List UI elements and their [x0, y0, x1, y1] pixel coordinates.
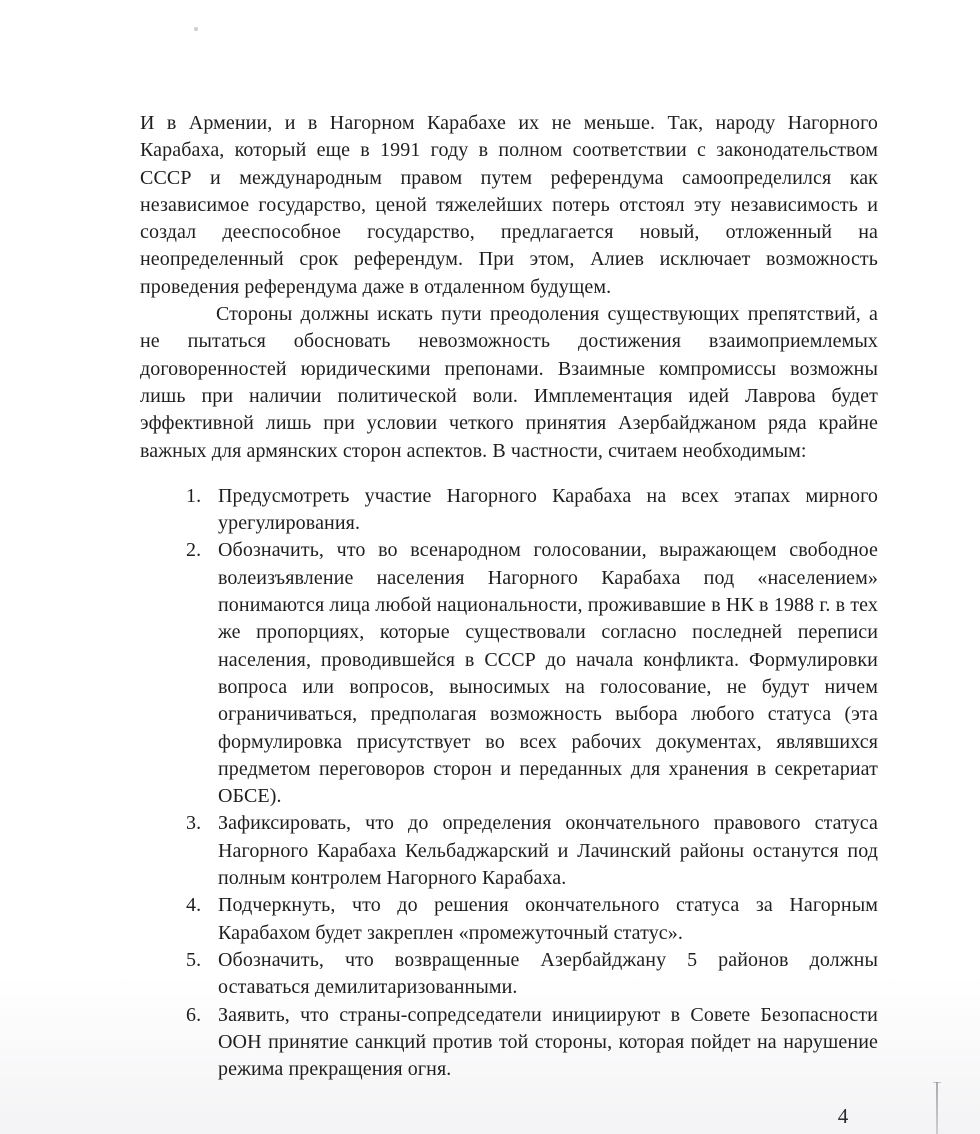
list-item: 2. Обозначить, что во всенародном голосо… [140, 537, 878, 810]
list-item-text: Обозначить, что возвращенные Азербайджан… [218, 947, 878, 1002]
list-item-number: 2. [140, 537, 218, 810]
paragraph: И в Армении, и в Нагорном Карабахе их не… [140, 110, 878, 301]
list-item-number: 6. [140, 1002, 218, 1084]
scan-line-artifact [936, 1082, 938, 1134]
list-item: 6. Заявить, что страны-сопредседатели ин… [140, 1002, 878, 1084]
page-number: 4 [828, 1104, 858, 1129]
list-item-text: Предусмотреть участие Нагорного Карабаха… [218, 483, 878, 538]
list-item-text: Зафиксировать, что до определения оконча… [218, 810, 878, 892]
list-item-text: Обозначить, что во всенародном голосован… [218, 537, 878, 810]
list-item-number: 1. [140, 483, 218, 538]
list-item-number: 3. [140, 810, 218, 892]
paragraph: Стороны должны искать пути преодоления с… [140, 301, 878, 465]
document-body-text: И в Армении, и в Нагорном Карабахе их не… [140, 110, 878, 1083]
list-item: 4. Подчеркнуть, что до решения окончател… [140, 892, 878, 947]
list-item-number: 5. [140, 947, 218, 1002]
list-item: 3. Зафиксировать, что до определения око… [140, 810, 878, 892]
numbered-list: 1. Предусмотреть участие Нагорного Караб… [140, 483, 878, 1084]
list-item-text: Подчеркнуть, что до решения окончательно… [218, 892, 878, 947]
list-item-number: 4. [140, 892, 218, 947]
list-item: 1. Предусмотреть участие Нагорного Караб… [140, 483, 878, 538]
list-item: 5. Обозначить, что возвращенные Азербайд… [140, 947, 878, 1002]
list-item-text: Заявить, что страны-сопредседатели иници… [218, 1002, 878, 1084]
document-page: И в Армении, и в Нагорном Карабахе их не… [0, 0, 980, 1134]
scan-speckle-artifact [194, 27, 198, 31]
